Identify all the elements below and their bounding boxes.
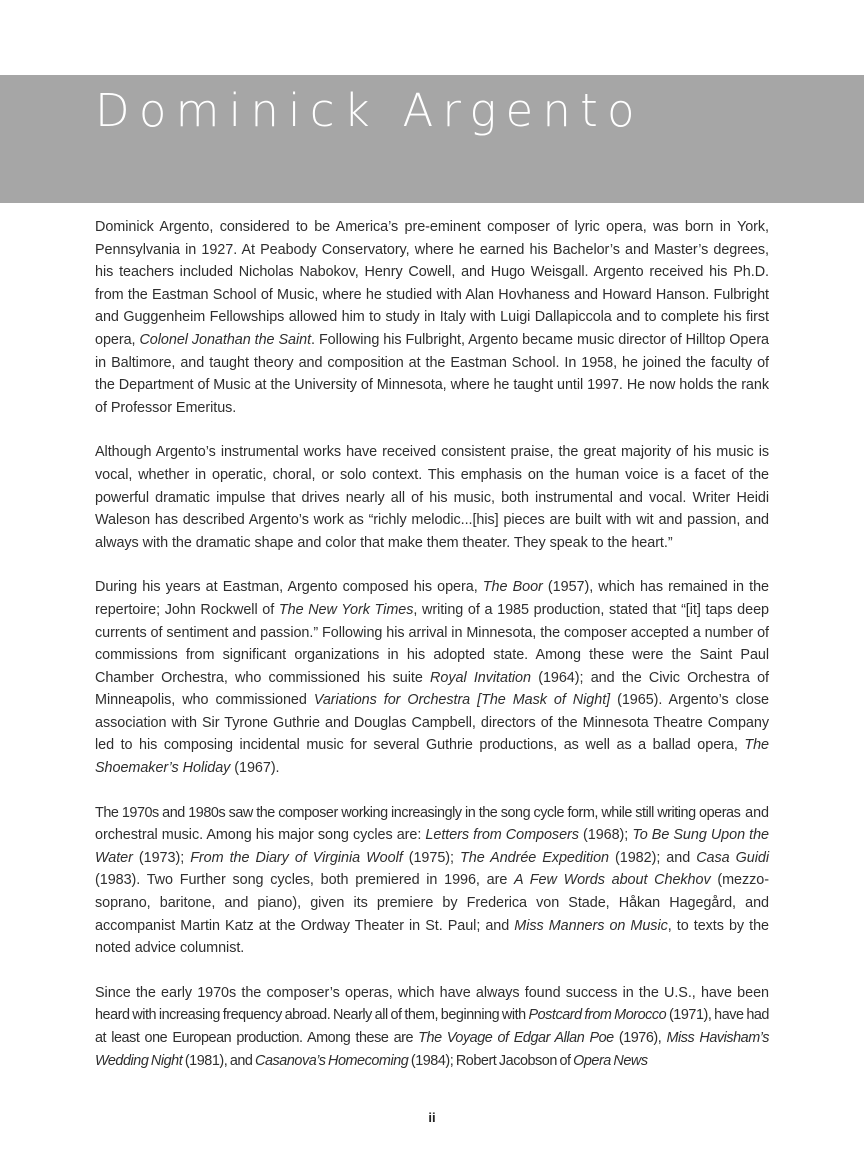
- text-run: Although Argento’s instrumental works ha…: [95, 444, 769, 550]
- paragraph-operas-abroad: Since the early 1970s the composer’s ope…: [95, 982, 769, 1072]
- work-title: The Voyage of Edgar Allan Poe: [418, 1030, 614, 1046]
- paragraph-song-cycles: The 1970s and 1980s saw the composer wor…: [95, 802, 769, 960]
- text-run: (1982); and: [609, 850, 696, 866]
- work-title: A Few Words about Chekhov: [514, 872, 711, 888]
- work-title: Casa Guidi: [696, 850, 769, 866]
- work-title: Postcard from Morocco: [528, 1007, 666, 1023]
- work-title: The Boor: [483, 579, 543, 595]
- paragraph-early-life: Dominick Argento, considered to be Ameri…: [95, 216, 769, 419]
- work-title: Casanova’s Homecoming: [255, 1053, 408, 1069]
- text-run: Dominick Argento, considered to be Ameri…: [95, 219, 769, 348]
- work-title: Opera News: [573, 1053, 647, 1069]
- text-run: (1983). Two Further song cycles, both pr…: [95, 872, 514, 888]
- text-run: (1975);: [403, 850, 460, 866]
- text-run: (1981), and: [182, 1053, 255, 1069]
- work-title: Letters from Composers: [425, 827, 579, 843]
- text-run: (1976),: [614, 1030, 667, 1046]
- work-title: From the Diary of Virginia Woolf: [190, 850, 403, 866]
- work-title: The Andrée Expedition: [460, 850, 609, 866]
- work-title: Variations for Orchestra [The Mask of Ni…: [314, 692, 610, 708]
- work-title: Royal Invitation: [430, 670, 531, 686]
- work-title: The New York Times: [279, 602, 413, 618]
- text-run: heard with increasing frequency abroad. …: [95, 1007, 528, 1023]
- text-run: (1973);: [133, 850, 190, 866]
- text-run: (1968);: [579, 827, 632, 843]
- biography-body: Dominick Argento, considered to be Ameri…: [95, 216, 769, 1094]
- text-run: (1967).: [230, 760, 279, 776]
- paragraph-eastman-minnesota: During his years at Eastman, Argento com…: [95, 576, 769, 779]
- work-title: Colonel Jonathan the Saint: [139, 332, 311, 348]
- page-title: Dominick Argento: [95, 82, 644, 140]
- text-run: During his years at Eastman, Argento com…: [95, 579, 483, 595]
- work-title: Miss Manners on Music: [514, 918, 667, 934]
- text-run: Since the early 1970s the composer’s ope…: [95, 985, 769, 1001]
- paragraph-vocal-focus: Although Argento’s instrumental works ha…: [95, 441, 769, 554]
- page-number: ii: [0, 1110, 864, 1125]
- text-run: (1984); Robert Jacobson of: [408, 1053, 573, 1069]
- text-run: The 1970s and 1980s saw the composer wor…: [95, 805, 740, 821]
